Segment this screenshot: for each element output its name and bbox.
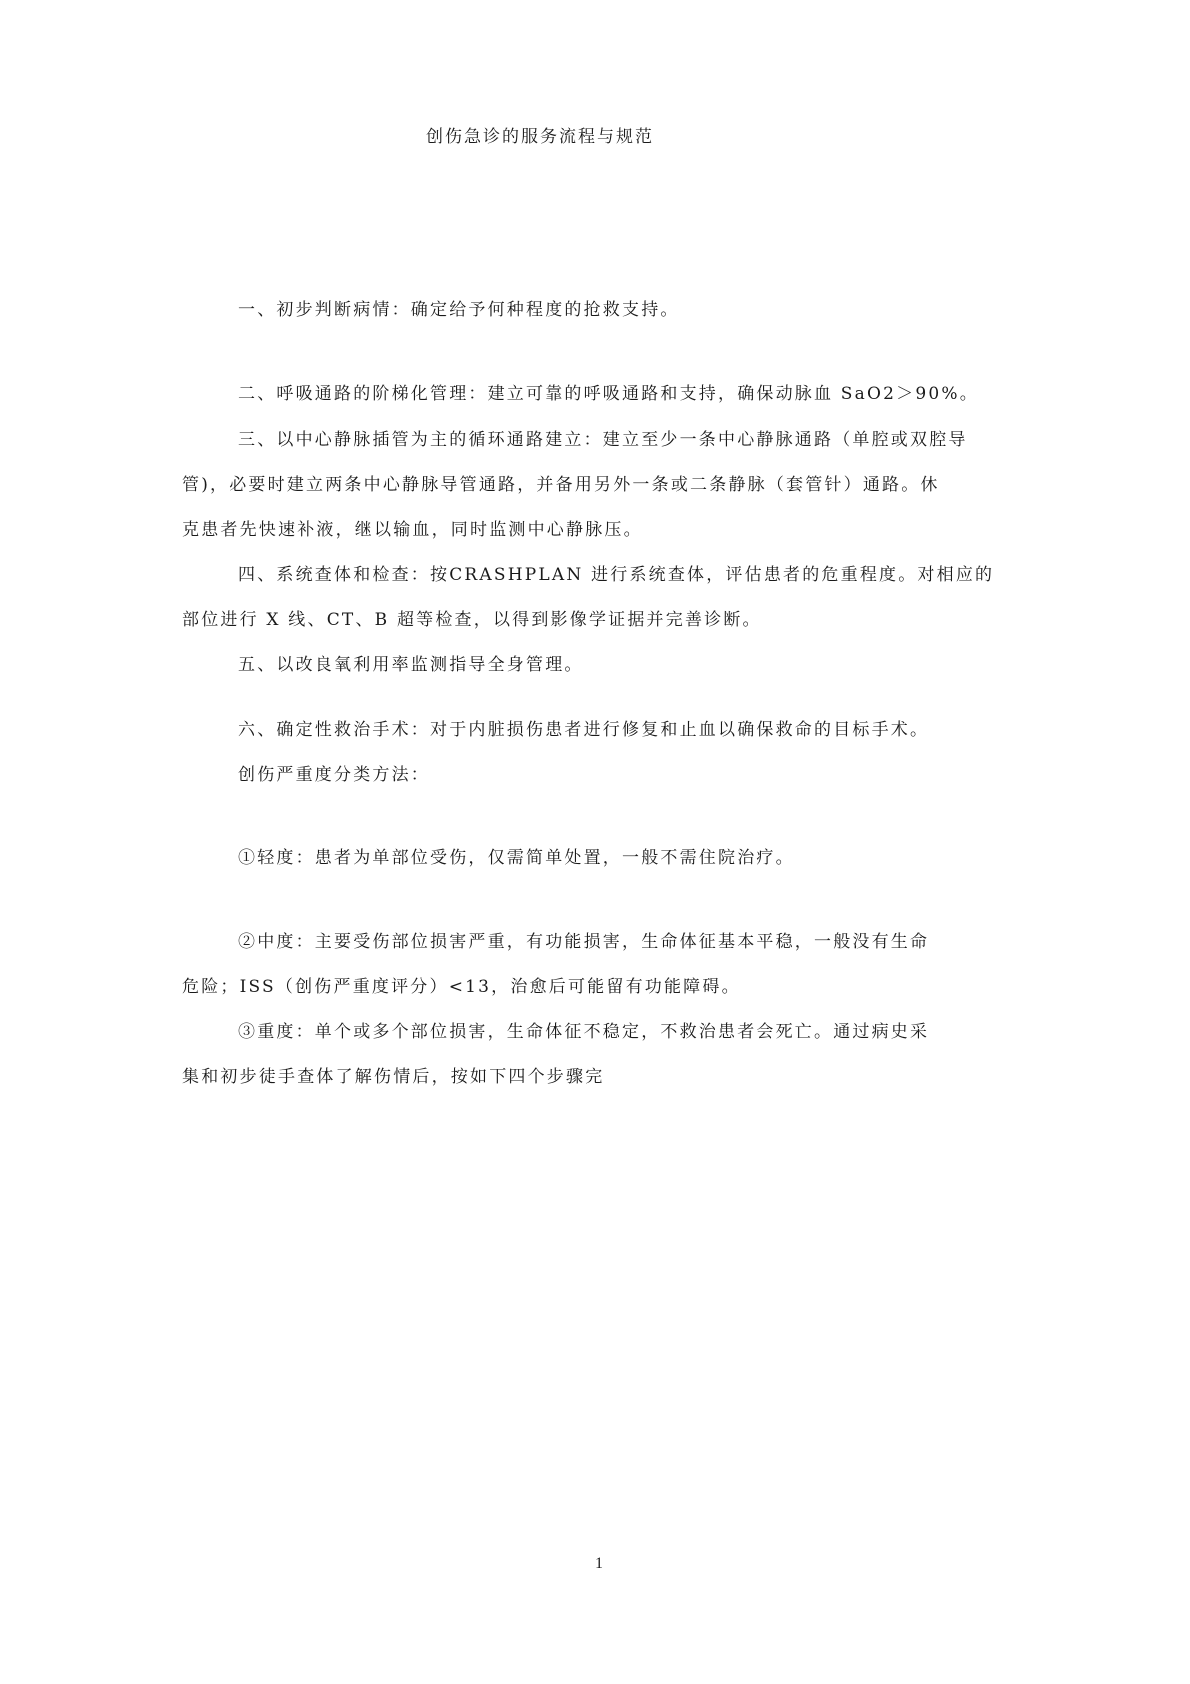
- paragraph-line-p10b: 集和初步徒手查体了解伤情后，按如下四个步骤完: [182, 1067, 604, 1087]
- paragraph-line-p4b: 部位进行 X 线、CT、B 超等检查，以得到影像学证据并完善诊断。: [182, 610, 762, 630]
- document-page: 创伤急诊的服务流程与规范 一、初步判断病情：确定给予何种程度的抢救支持。二、呼吸…: [0, 0, 1190, 1684]
- paragraph-line-p9b: 危险；ISS（创伤严重度评分）<13，治愈后可能留有功能障碍。: [182, 977, 741, 997]
- paragraph-line-p1: 一、初步判断病情：确定给予何种程度的抢救支持。: [238, 300, 680, 320]
- paragraph-line-p4a: 四、系统查体和检查：按CRASHPLAN 进行系统查体，评估患者的危重程度。对相…: [238, 565, 994, 585]
- page-number: 1: [0, 1555, 1190, 1573]
- paragraph-line-p10a: ③重度：单个或多个部位损害，生命体征不稳定，不救治患者会死亡。通过病史采: [238, 1022, 929, 1042]
- paragraph-line-p6: 六、确定性救治手术：对于内脏损伤患者进行修复和止血以确保救命的目标手术。: [238, 720, 929, 740]
- paragraph-line-p3b: 管)，必要时建立两条中心静脉导管通路，并备用另外一条或二条静脉（套管针）通路。休: [182, 475, 940, 495]
- paragraph-line-p8: ①轻度：患者为单部位受伤，仅需简单处置，一般不需住院治疗。: [238, 848, 795, 868]
- paragraph-line-p2: 二、呼吸通路的阶梯化管理：建立可靠的呼吸通路和支持，确保动脉血 SaO2＞90%…: [238, 384, 979, 404]
- document-title-text: 创伤急诊的服务流程与规范: [426, 122, 654, 147]
- paragraph-line-p9a: ②中度：主要受伤部位损害严重，有功能损害，生命体征基本平稳，一般没有生命: [238, 932, 929, 952]
- paragraph-line-p3c: 克患者先快速补液，继以输血，同时监测中心静脉压。: [182, 520, 643, 540]
- paragraph-line-p5: 五、以改良氧利用率监测指导全身管理。: [238, 655, 584, 675]
- paragraph-line-p3a: 三、以中心静脉插管为主的循环通路建立：建立至少一条中心静脉通路（单腔或双腔导: [238, 430, 968, 450]
- document-title: 创伤急诊的服务流程与规范: [0, 122, 1190, 147]
- paragraph-line-p7: 创伤严重度分类方法：: [238, 765, 430, 785]
